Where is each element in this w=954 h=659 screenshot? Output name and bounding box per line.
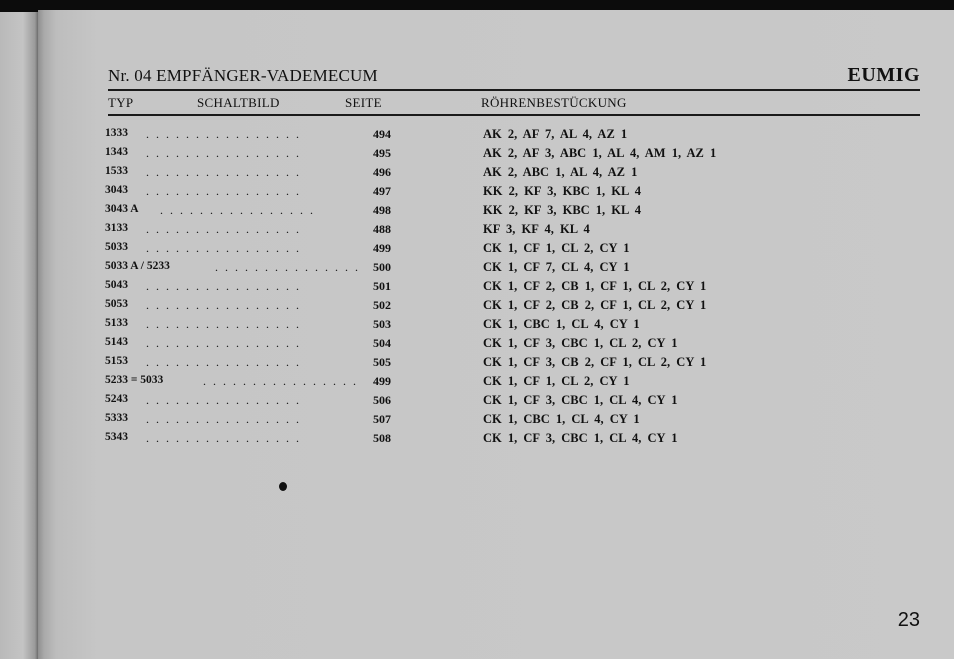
table-row: 5243 ................ 506 CK 1, CF 3, CB… xyxy=(38,393,954,412)
tubes-cell: KK 2, KF 3, KBC 1, KL 4 xyxy=(483,184,641,199)
dot-leader: ................ xyxy=(203,374,361,389)
tubes-cell: KK 2, KF 3, KBC 1, KL 4 xyxy=(483,203,641,218)
table-row: 5033 A / 5233 ................ 500 CK 1,… xyxy=(38,260,954,279)
tubes-cell: CK 1, CF 3, CB 2, CF 1, CL 2, CY 1 xyxy=(483,355,706,370)
column-header-rule xyxy=(108,114,920,116)
tubes-cell: CK 1, CF 3, CBC 1, CL 2, CY 1 xyxy=(483,336,677,351)
table-row: 3043 ................ 497 KK 2, KF 3, KB… xyxy=(38,184,954,203)
page-cell: 496 xyxy=(373,165,391,180)
type-cell: 5153 xyxy=(105,355,128,367)
page-number: 23 xyxy=(898,609,920,632)
type-cell: 5333 xyxy=(105,412,128,424)
header-rule xyxy=(108,89,920,91)
ink-blot xyxy=(279,482,287,491)
table-row: 5343 ................ 508 CK 1, CF 3, CB… xyxy=(38,431,954,450)
page-cell: 494 xyxy=(373,127,391,142)
tubes-cell: CK 1, CBC 1, CL 4, CY 1 xyxy=(483,317,640,332)
page-cell: 499 xyxy=(373,374,391,389)
type-cell: 5033 xyxy=(105,241,128,253)
table-row: 5143 ................ 504 CK 1, CF 3, CB… xyxy=(38,336,954,355)
table-row: 5043 ................ 501 CK 1, CF 2, CB… xyxy=(38,279,954,298)
type-cell: 5033 A / 5233 xyxy=(105,260,170,272)
column-header-schaltbild: SCHALTBILD xyxy=(197,95,280,111)
page-cell: 501 xyxy=(373,279,391,294)
column-header-typ: TYP xyxy=(108,95,133,111)
dot-leader: ................ xyxy=(146,241,361,256)
page-cell: 500 xyxy=(373,260,391,275)
type-cell: 1343 xyxy=(105,146,128,158)
dot-leader: ................ xyxy=(215,260,361,275)
type-cell: 5243 xyxy=(105,393,128,405)
dot-leader: ................ xyxy=(146,355,361,370)
dot-leader: ................ xyxy=(146,127,361,142)
page-cell: 503 xyxy=(373,317,391,332)
table-row: 1533 ................ 496 AK 2, ABC 1, A… xyxy=(38,165,954,184)
type-cell: 5053 xyxy=(105,298,128,310)
type-cell: 3043 xyxy=(105,184,128,196)
dot-leader: ................ xyxy=(146,222,361,237)
tubes-cell: CK 1, CF 3, CBC 1, CL 4, CY 1 xyxy=(483,393,677,408)
tubes-cell: CK 1, CF 7, CL 4, CY 1 xyxy=(483,260,629,275)
table-row: 5053 ................ 502 CK 1, CF 2, CB… xyxy=(38,298,954,317)
dot-leader: ................ xyxy=(160,203,361,218)
tubes-cell: CK 1, CF 1, CL 2, CY 1 xyxy=(483,374,629,389)
dot-leader: ................ xyxy=(146,298,361,313)
type-cell: 5343 xyxy=(105,431,128,443)
page-title: Nr. 04 EMPFÄNGER-VADEMECUM xyxy=(108,66,378,86)
dot-leader: ................ xyxy=(146,412,361,427)
tubes-cell: CK 1, CF 2, CB 2, CF 1, CL 2, CY 1 xyxy=(483,298,706,313)
page-cell: 507 xyxy=(373,412,391,427)
dot-leader: ................ xyxy=(146,184,361,199)
brand-name: EUMIG xyxy=(848,64,921,87)
type-cell: 5133 xyxy=(105,317,128,329)
table-row: 5153 ................ 505 CK 1, CF 3, CB… xyxy=(38,355,954,374)
type-cell: 3043 A xyxy=(105,203,139,215)
table-row: 5233 = 5033 ................ 499 CK 1, C… xyxy=(38,374,954,393)
type-cell: 5043 xyxy=(105,279,128,291)
tubes-cell: AK 2, ABC 1, AL 4, AZ 1 xyxy=(483,165,637,180)
tubes-cell: AK 2, AF 7, AL 4, AZ 1 xyxy=(483,127,627,142)
dot-leader: ................ xyxy=(146,336,361,351)
page-cell: 498 xyxy=(373,203,391,218)
dot-leader: ................ xyxy=(146,317,361,332)
type-cell: 1333 xyxy=(105,127,128,139)
page-cell: 506 xyxy=(373,393,391,408)
tubes-cell: CK 1, CF 2, CB 1, CF 1, CL 2, CY 1 xyxy=(483,279,706,294)
table-row: 3133 ................ 488 KF 3, KF 4, KL… xyxy=(38,222,954,241)
page-cell: 505 xyxy=(373,355,391,370)
column-header-seite: SEITE xyxy=(345,95,382,111)
page-cell: 495 xyxy=(373,146,391,161)
page-cell: 497 xyxy=(373,184,391,199)
table-row: 3043 A ................ 498 KK 2, KF 3, … xyxy=(38,203,954,222)
page-cell: 488 xyxy=(373,222,391,237)
table-row: 5033 ................ 499 CK 1, CF 1, CL… xyxy=(38,241,954,260)
tubes-cell: CK 1, CF 1, CL 2, CY 1 xyxy=(483,241,629,256)
tubes-cell: CK 1, CF 3, CBC 1, CL 4, CY 1 xyxy=(483,431,677,446)
type-cell: 3133 xyxy=(105,222,128,234)
dot-leader: ................ xyxy=(146,165,361,180)
column-header-roehren: RÖHRENBESTÜCKUNG xyxy=(481,95,627,111)
type-cell: 5143 xyxy=(105,336,128,348)
table-row: 1333 ................ 494 AK 2, AF 7, AL… xyxy=(38,127,954,146)
type-cell: 1533 xyxy=(105,165,128,177)
type-cell: 5233 = 5033 xyxy=(105,374,163,386)
dot-leader: ................ xyxy=(146,393,326,408)
dot-leader: ................ xyxy=(146,279,361,294)
table-row: 1343 ................ 495 AK 2, AF 3, AB… xyxy=(38,146,954,165)
page-cell: 502 xyxy=(373,298,391,313)
tubes-cell: KF 3, KF 4, KL 4 xyxy=(483,222,590,237)
table-row: 5133 ................ 503 CK 1, CBC 1, C… xyxy=(38,317,954,336)
page-cell: 499 xyxy=(373,241,391,256)
dot-leader: ................ xyxy=(146,431,361,446)
page-cell: 508 xyxy=(373,431,391,446)
page-cell: 504 xyxy=(373,336,391,351)
tubes-cell: AK 2, AF 3, ABC 1, AL 4, AM 1, AZ 1 xyxy=(483,146,716,161)
dot-leader: ................ xyxy=(146,146,361,161)
left-page-edge xyxy=(0,12,38,659)
book-page: Nr. 04 EMPFÄNGER-VADEMECUM EUMIG TYP SCH… xyxy=(38,10,954,659)
tubes-cell: CK 1, CBC 1, CL 4, CY 1 xyxy=(483,412,640,427)
table-row: 5333 ................ 507 CK 1, CBC 1, C… xyxy=(38,412,954,431)
